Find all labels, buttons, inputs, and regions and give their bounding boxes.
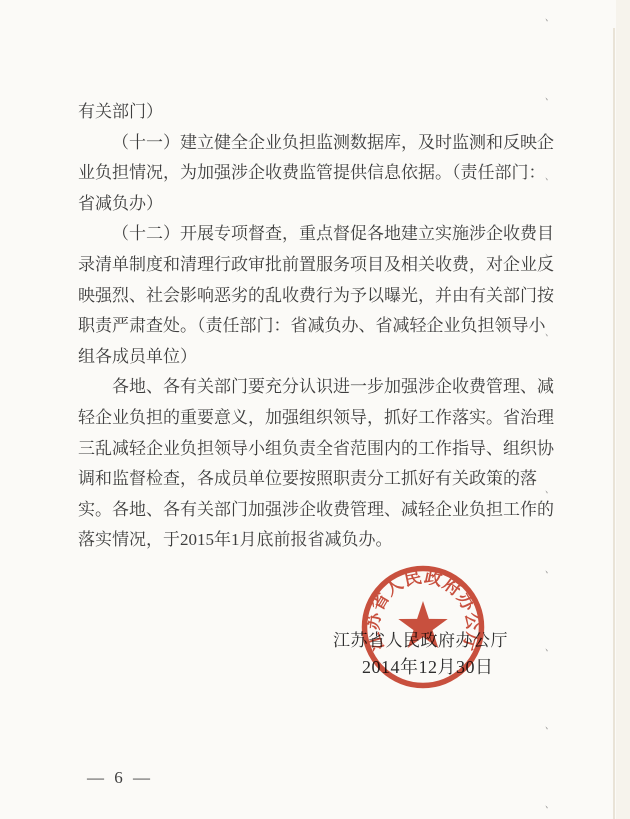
- scanned-document-page: 有关部门） （十一）建立健全企业负担监测数据库，及时监测和反映企 业负担情况，为…: [0, 0, 630, 819]
- body-line: 省减负办）: [78, 189, 554, 220]
- margin-mark: 、: [544, 800, 555, 811]
- page-edge-shading: [616, 0, 630, 819]
- paragraph-start-line: 各地、各有关部门要充分认识进一步加强涉企收费管理、减: [78, 372, 554, 403]
- margin-mark: 、: [544, 92, 555, 103]
- margin-mark: 、: [544, 328, 555, 339]
- body-line: 调和监督检查，各成员单位要按照职责分工抓好有关政策的落: [78, 464, 554, 495]
- body-line: 轻企业负担的重要意义，加强组织领导，抓好工作落实。省治理: [78, 403, 554, 434]
- margin-mark: 、: [544, 248, 555, 259]
- page-edge-line: [613, 28, 615, 819]
- paragraph-start-line: （十二）开展专项督查，重点督促各地建立实施涉企收费目: [78, 219, 554, 250]
- body-line: 职责严肃查处。（责任部门：省减负办、省减轻企业负担领导小: [78, 311, 554, 342]
- margin-mark: 、: [544, 485, 555, 496]
- margin-mark: 、: [544, 721, 555, 732]
- body-line: 三乱减轻企业负担领导小组负责全省范围内的工作指导、组织协: [78, 434, 554, 465]
- page-number: — 6 —: [87, 768, 153, 788]
- body-line: 映强烈、社会影响恶劣的乱收费行为予以曝光，并由有关部门按: [78, 281, 554, 312]
- margin-mark: 、: [544, 565, 555, 576]
- margin-mark: 、: [544, 13, 555, 24]
- official-seal: 江苏省人民政府办公厅: [352, 556, 494, 698]
- paragraph-start-line: （十一）建立健全企业负担监测数据库，及时监测和反映企: [78, 128, 554, 159]
- body-line: 实。各地、各有关部门加强涉企收费管理、减轻企业负担工作的: [78, 495, 554, 526]
- body-line: 业负担情况，为加强涉企收费监管提供信息依据。（责任部门：: [78, 158, 554, 189]
- body-line: 落实情况，于2015年1月底前报省减负办。: [78, 525, 554, 556]
- document-body: 有关部门） （十一）建立健全企业负担监测数据库，及时监测和反映企 业负担情况，为…: [78, 97, 554, 556]
- seal-star-icon: [398, 601, 447, 648]
- margin-mark: 、: [544, 643, 555, 654]
- body-line: 组各成员单位）: [78, 342, 554, 373]
- body-line: 有关部门）: [78, 97, 554, 128]
- margin-mark: 、: [544, 406, 555, 417]
- body-line: 录清单制度和清理行政审批前置服务项目及相关收费，对企业反: [78, 250, 554, 281]
- margin-mark: 、: [544, 172, 555, 183]
